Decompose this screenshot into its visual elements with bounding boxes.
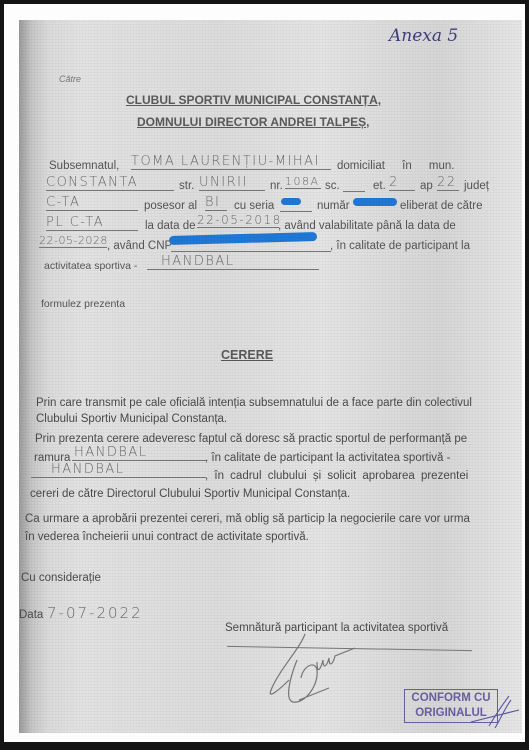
field-sc bbox=[343, 175, 365, 192]
paragraph-2-line2: , în calitate de participant la activita… bbox=[205, 452, 450, 464]
label-cnp: , având CNP bbox=[107, 240, 172, 252]
addressee-director: DOMNULUI DIRECTOR ANDREI TALPEȘ, bbox=[137, 115, 369, 129]
field-et: 2 bbox=[389, 175, 415, 191]
label-str: str. bbox=[179, 180, 194, 192]
field-expiry-date: 22-05-2028 bbox=[39, 234, 107, 248]
field-issuer: PL C-TA bbox=[46, 215, 138, 231]
date-value: 7-07-2022 bbox=[47, 604, 143, 622]
label-valabilitate: , având valabilitate până la data de bbox=[278, 220, 456, 232]
paragraph-1: Prin care transmit pe cale oficială inte… bbox=[36, 395, 486, 427]
field-sport-activity: HANDBAL bbox=[31, 462, 206, 478]
label-judet: județ bbox=[464, 180, 489, 192]
label-calitate: , în calitate de participant la bbox=[330, 240, 470, 252]
field-nr: 108A bbox=[285, 175, 321, 189]
label-la-data: la data de bbox=[145, 220, 196, 232]
date-label: Data bbox=[19, 609, 43, 621]
stamp-initials-scribble bbox=[469, 692, 522, 732]
field-issue-date: 22-05-2018 bbox=[197, 213, 279, 228]
label-numar: număr bbox=[317, 200, 350, 212]
label-domiciliat: domiciliat în mun. bbox=[337, 160, 454, 172]
label-subsemnatul: Subsemnatul, bbox=[49, 160, 119, 172]
label-sc: sc. bbox=[325, 180, 340, 192]
annex-label: Anexa 5 bbox=[389, 26, 458, 46]
field-county: C-TA bbox=[46, 195, 138, 211]
field-street: UNIRII bbox=[199, 175, 265, 191]
label-eliberat: eliberat de către bbox=[400, 200, 482, 212]
scanned-page: Anexa 5 Către CLUBUL SPORTIV MUNICIPAL C… bbox=[19, 20, 522, 733]
field-city: CONSTANTA bbox=[46, 175, 174, 191]
redaction-numar bbox=[353, 198, 397, 206]
paragraph-3: Ca urmare a aprobării prezentei cereri, … bbox=[25, 510, 480, 546]
label-et: et. bbox=[373, 180, 386, 192]
label-seria: cu seria bbox=[234, 200, 274, 212]
label-activitatea: activitatea sportiva - bbox=[44, 260, 137, 272]
paragraph-2-line4: cereri de către Directorul Clubului Spor… bbox=[30, 488, 350, 500]
formulez-text: formulez prezenta bbox=[41, 298, 125, 310]
closing-text: Cu considerație bbox=[21, 572, 101, 584]
label-ap: ap bbox=[420, 180, 433, 192]
field-activity: HANDBAL bbox=[147, 254, 319, 270]
field-name: TOMA LAURENȚIU-MIHAI bbox=[131, 154, 331, 170]
signature-scribble bbox=[259, 630, 369, 710]
field-sport-branch: HANDBAL bbox=[72, 445, 207, 461]
paragraph-2-line3: , în cadrul clubului și solicit aprobare… bbox=[205, 470, 468, 482]
paragraph-2-line1: Prin prezenta cerere adeveresc faptul că… bbox=[35, 433, 467, 445]
addressee-prefix: Către bbox=[59, 74, 81, 84]
label-posesor: posesor al bbox=[144, 200, 197, 212]
label-nr: nr. bbox=[270, 180, 283, 192]
field-ap: 22 bbox=[437, 175, 459, 191]
field-id-type: BI bbox=[205, 195, 227, 211]
scan-frame: Anexa 5 Către CLUBUL SPORTIV MUNICIPAL C… bbox=[4, 4, 525, 742]
redaction-seria bbox=[281, 198, 301, 205]
addressee-club: CLUBUL SPORTIV MUNICIPAL CONSTANȚA, bbox=[126, 93, 381, 107]
document-heading: CERERE bbox=[221, 348, 273, 362]
